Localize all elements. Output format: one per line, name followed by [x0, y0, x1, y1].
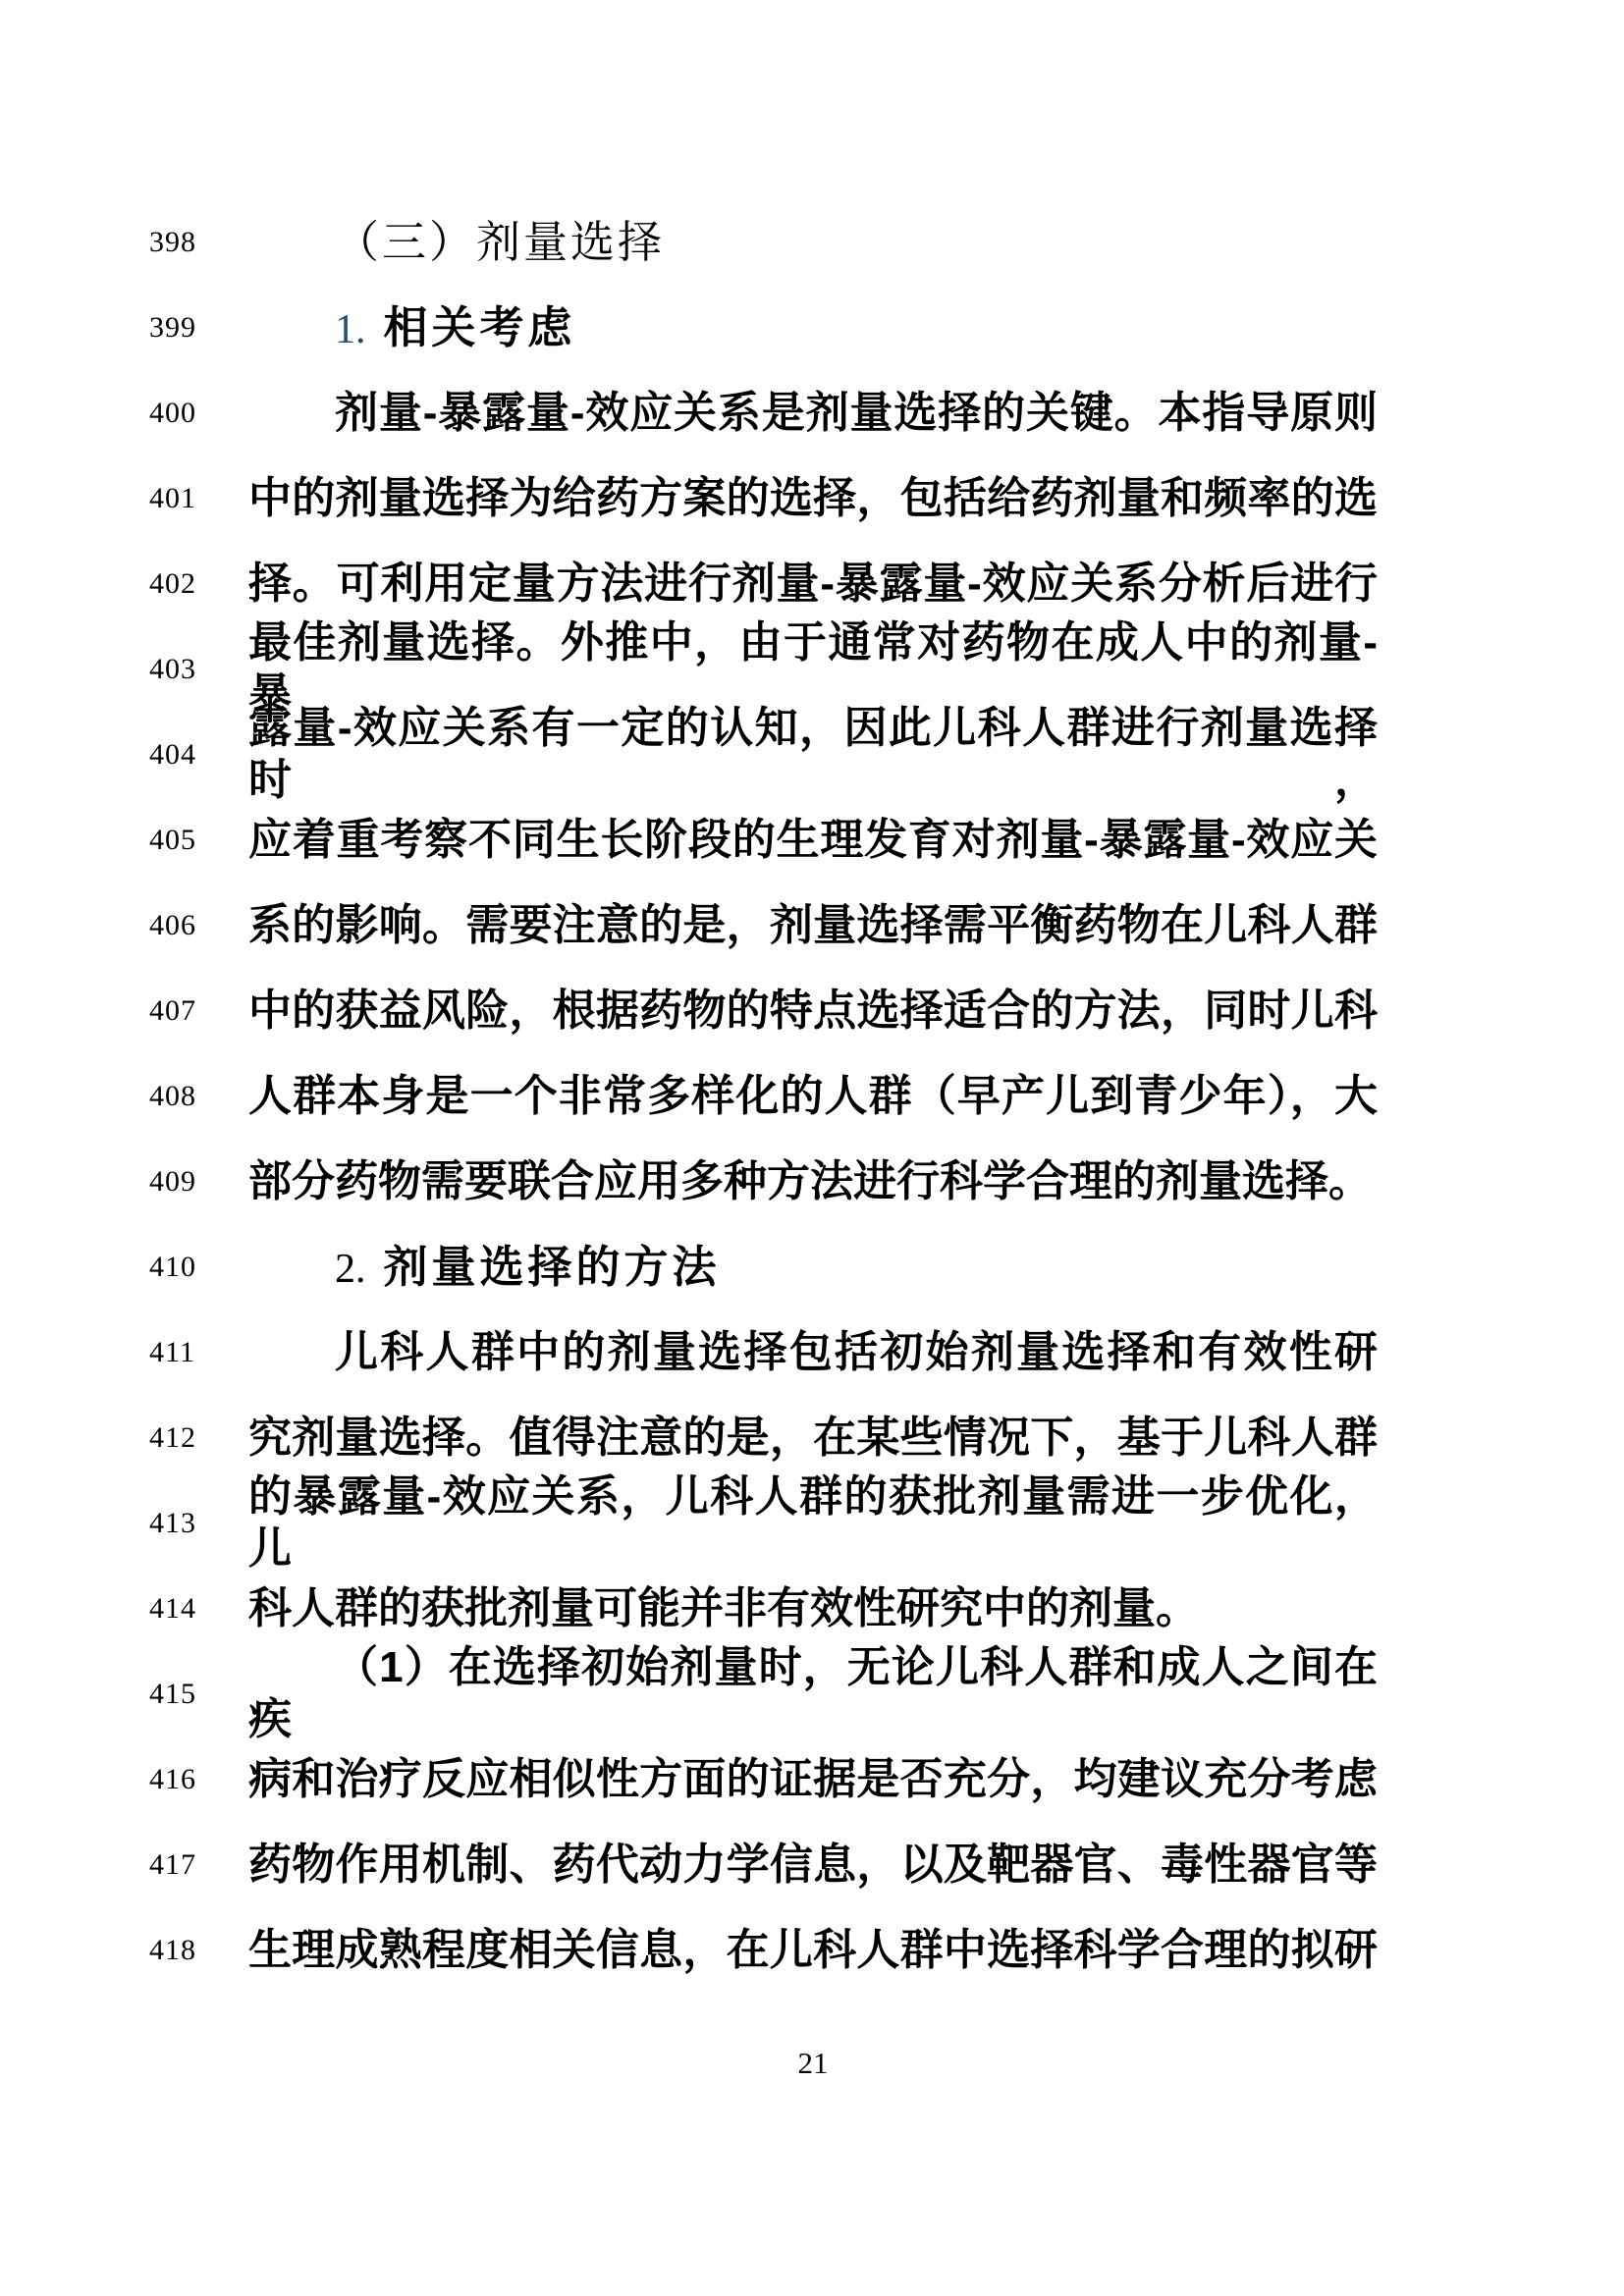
line-text: （1）在选择初始剂量时，无论儿科人群和成人之间在疾: [248, 1642, 1378, 1746]
line-number: 413: [149, 1507, 248, 1540]
line-row: 409部分药物需要联合应用多种方法进行科学合理的剂量选择。: [0, 1140, 1624, 1225]
line-number: 407: [149, 994, 248, 1028]
line-row: 403最佳剂量选择。外推中，由于通常对药物在成人中的剂量-暴: [0, 627, 1624, 713]
document-body: 398（三）剂量选择3991.相关考虑400剂量-暴露量-效应关系是剂量选择的关…: [0, 0, 1624, 2296]
line-row: 414科人群的获批剂量可能并非有效性研究中的剂量。: [0, 1567, 1624, 1652]
line-row: 4102.剂量选择的方法: [0, 1225, 1624, 1310]
line-number: 401: [149, 482, 248, 515]
line-text: （三）剂量选择: [248, 216, 1464, 269]
line-number: 417: [149, 1848, 248, 1882]
line-number: 410: [149, 1251, 248, 1284]
line-text: 应着重考察不同生长阶段的生理发育对剂量-暴露量-效应关: [248, 815, 1378, 867]
line-number: 418: [149, 1934, 248, 1967]
line-number: 398: [149, 226, 248, 259]
line-text: 究剂量选择。值得注意的是，在某些情况下，基于儿科人群: [248, 1413, 1378, 1465]
document-page: { "page": { "number": "21", "text_color"…: [0, 0, 1624, 2296]
line-text: 的暴露量-效应关系，儿科人群的获批剂量需进一步优化，儿: [248, 1471, 1378, 1575]
line-number: 400: [149, 397, 248, 430]
line-row: 418生理成熟程度相关信息，在儿科人群中选择科学合理的拟研: [0, 1908, 1624, 1994]
line-number: 409: [149, 1165, 248, 1199]
heading-label: 相关考虑: [384, 302, 576, 352]
line-number: 414: [149, 1592, 248, 1626]
line-text: 科人群的获批剂量可能并非有效性研究中的剂量。: [248, 1583, 1378, 1635]
line-number: 412: [149, 1421, 248, 1455]
line-number: 415: [149, 1678, 248, 1711]
line-number: 405: [149, 824, 248, 857]
line-text: 部分药物需要联合应用多种方法进行科学合理的剂量选择。: [248, 1156, 1378, 1208]
line-number: 408: [149, 1080, 248, 1113]
line-text: 系的影响。需要注意的是，剂量选择需平衡药物在儿科人群: [248, 900, 1378, 952]
line-row: 407中的获益风险，根据药物的特点选择适合的方法，同时儿科: [0, 969, 1624, 1054]
line-row: 398（三）剂量选择: [0, 200, 1624, 286]
line-text: 病和治疗反应相似性方面的证据是否充分，均建议充分考虑: [248, 1754, 1378, 1806]
line-row: 408人群本身是一个非常多样化的人群（早产儿到青少年），大: [0, 1054, 1624, 1140]
line-number: 406: [149, 909, 248, 942]
heading-number-prefix: 2.: [335, 1247, 366, 1292]
line-number: 399: [149, 311, 248, 345]
line-row: 404露量-效应关系有一定的认知，因此儿科人群进行剂量选择时，: [0, 713, 1624, 798]
line-text: 药物作用机制、药代动力学信息，以及靶器官、毒性器官等: [248, 1840, 1378, 1892]
line-row: 415（1）在选择初始剂量时，无论儿科人群和成人之间在疾: [0, 1652, 1624, 1737]
line-number: 402: [149, 567, 248, 601]
line-text: 择。可利用定量方法进行剂量-暴露量-效应关系分析后进行: [248, 559, 1378, 611]
heading-number-prefix: 1.: [335, 307, 366, 352]
line-row: 413的暴露量-效应关系，儿科人群的获批剂量需进一步优化，儿: [0, 1481, 1624, 1567]
line-row: 412究剂量选择。值得注意的是，在某些情况下，基于儿科人群: [0, 1396, 1624, 1481]
line-text: 中的剂量选择为给药方案的选择，包括给药剂量和频率的选: [248, 473, 1378, 525]
line-number: 411: [149, 1336, 248, 1369]
line-text: 露量-效应关系有一定的认知，因此儿科人群进行剂量选择时，: [248, 703, 1378, 807]
line-row: 416病和治疗反应相似性方面的证据是否充分，均建议充分考虑: [0, 1737, 1624, 1823]
page-number-footer: 21: [248, 2046, 1378, 2081]
line-text: 人群本身是一个非常多样化的人群（早产儿到青少年），大: [248, 1071, 1378, 1123]
line-row: 402择。可利用定量方法进行剂量-暴露量-效应关系分析后进行: [0, 542, 1624, 627]
line-row: 405应着重考察不同生长阶段的生理发育对剂量-暴露量-效应关: [0, 798, 1624, 883]
line-row: 400剂量-暴露量-效应关系是剂量选择的关键。本指导原则: [0, 371, 1624, 456]
line-row: 417药物作用机制、药代动力学信息，以及靶器官、毒性器官等: [0, 1823, 1624, 1908]
line-text: 中的获益风险，根据药物的特点选择适合的方法，同时儿科: [248, 986, 1378, 1038]
line-row: 406系的影响。需要注意的是，剂量选择需平衡药物在儿科人群: [0, 883, 1624, 969]
line-text: 2.剂量选择的方法: [248, 1241, 1464, 1294]
line-row: 401中的剂量选择为给药方案的选择，包括给药剂量和频率的选: [0, 456, 1624, 542]
line-row: 3991.相关考虑: [0, 286, 1624, 371]
line-number: 404: [149, 738, 248, 772]
line-number: 416: [149, 1763, 248, 1796]
line-text: 生理成熟程度相关信息，在儿科人群中选择科学合理的拟研: [248, 1925, 1378, 1977]
line-row: 411儿科人群中的剂量选择包括初始剂量选择和有效性研: [0, 1310, 1624, 1396]
line-text: 1.相关考虑: [248, 301, 1464, 354]
heading-label: 剂量选择的方法: [384, 1242, 721, 1292]
line-number: 403: [149, 653, 248, 686]
line-text: 儿科人群中的剂量选择包括初始剂量选择和有效性研: [248, 1327, 1378, 1379]
line-text: 剂量-暴露量-效应关系是剂量选择的关键。本指导原则: [248, 388, 1378, 440]
